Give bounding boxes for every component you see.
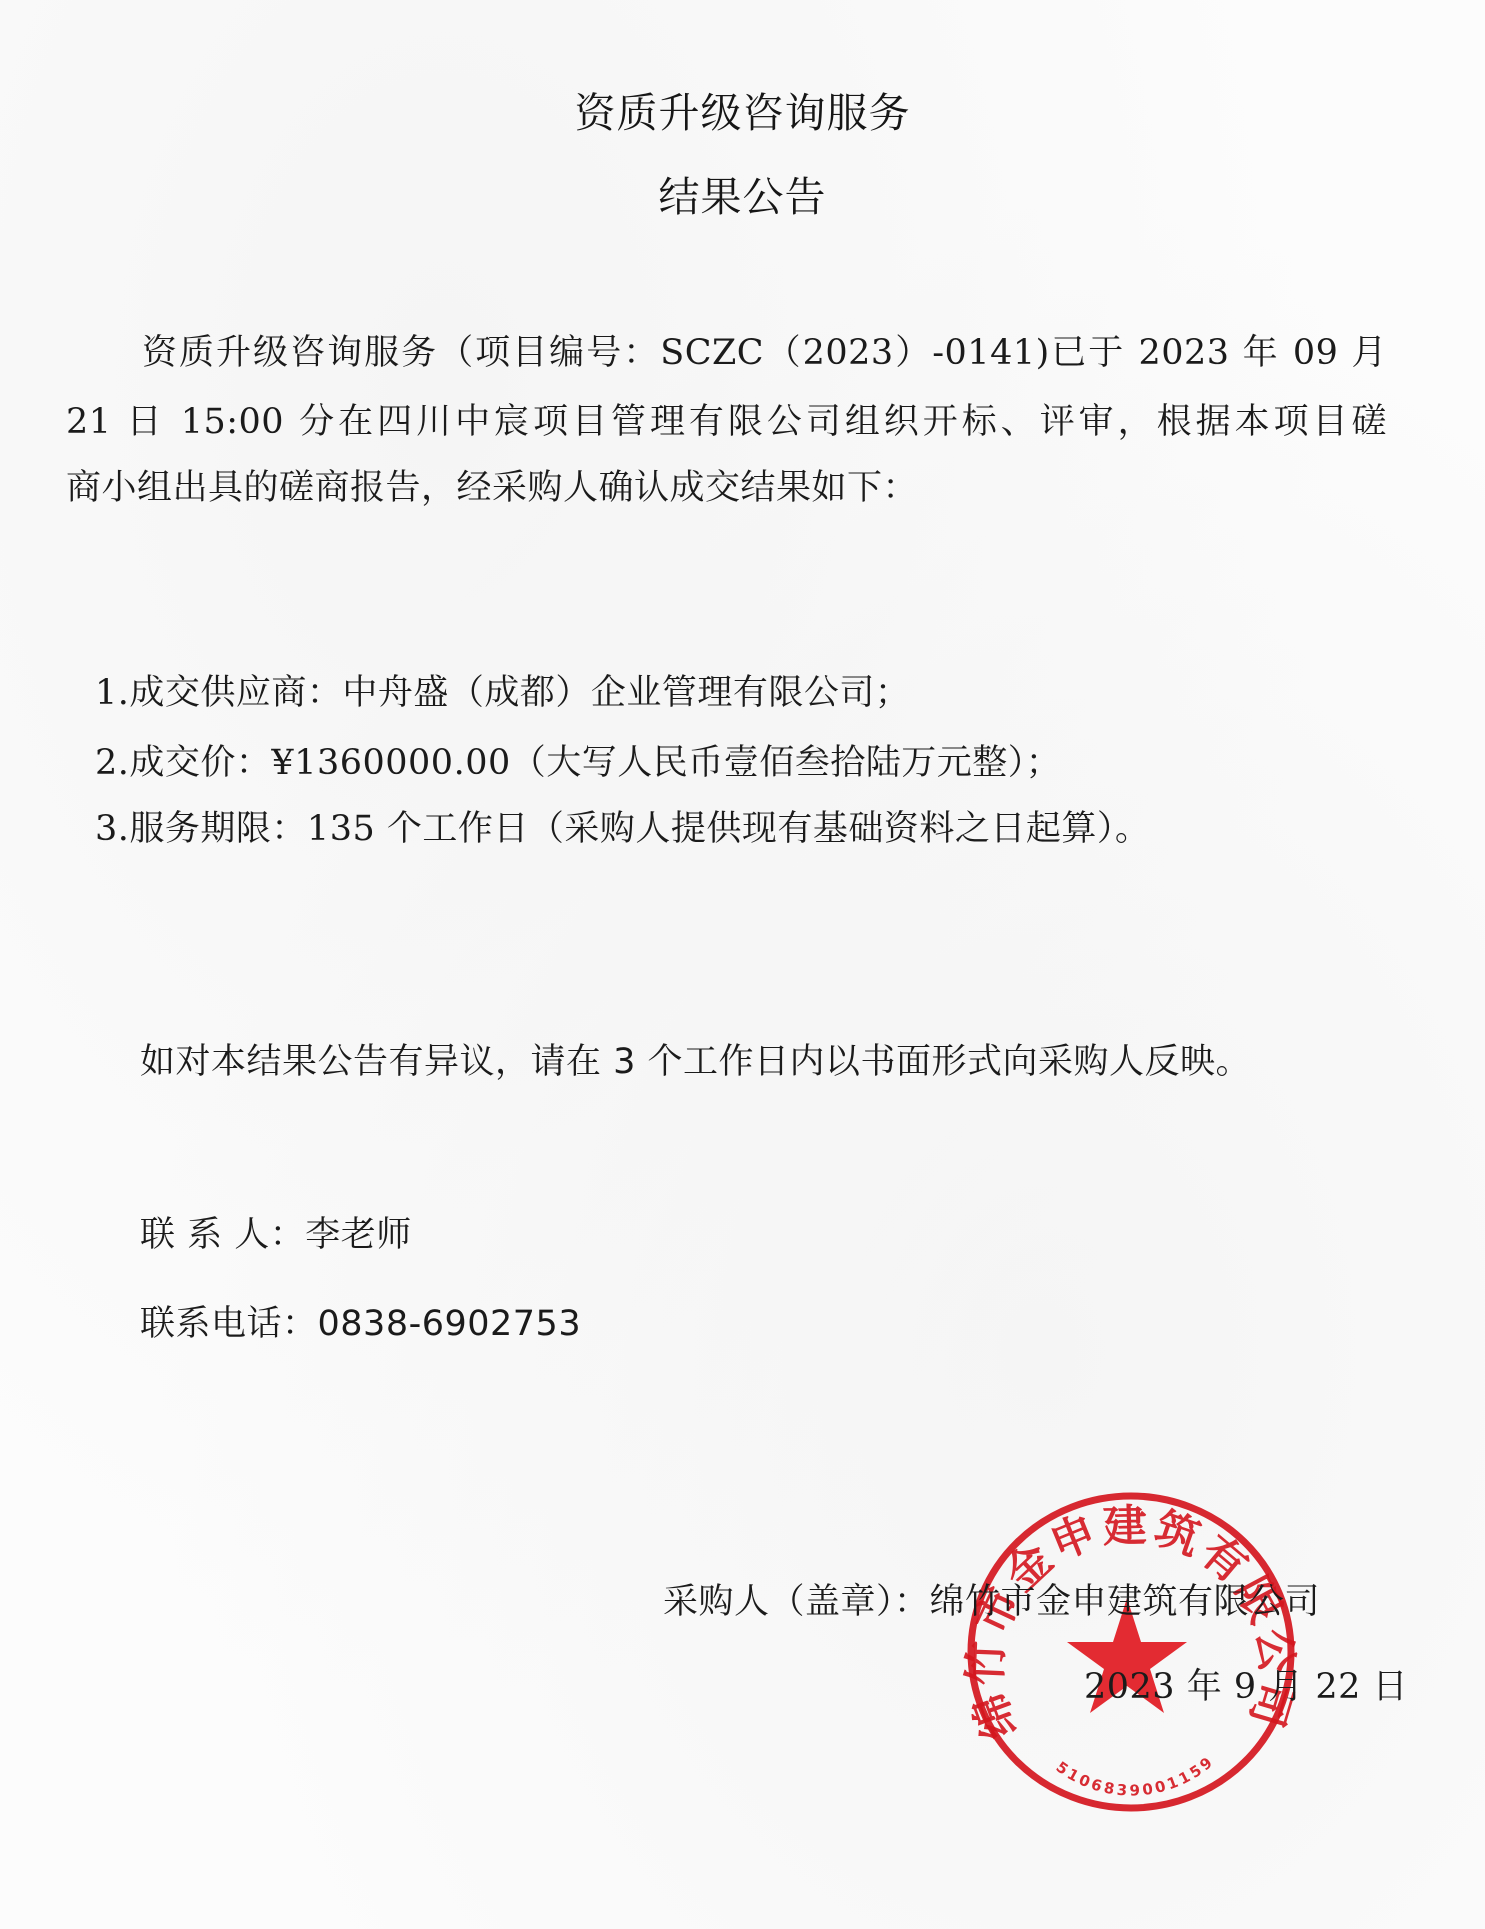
company-seal-stamp: 绵竹市金申建筑有限公司 5106839001159 (965, 1490, 1297, 1814)
result-number: 2. (95, 743, 129, 783)
signature-date: 2023 年 9 月 22 日 (1084, 1670, 1408, 1705)
document-title: 资质升级咨询服务 (0, 93, 1485, 134)
contact-phone-label: 联系电话： (140, 1304, 318, 1344)
intro-line-2: 21 日 15:00 分在四川中宸项目管理有限公司组织开标、评审，根据本项目磋 (66, 405, 1387, 440)
contact-person: 联 系 人：李老师 (140, 1218, 412, 1253)
contact-phone: 联系电话：0838-6902753 (140, 1307, 581, 1342)
purchaser-label: 采购人（盖章）： (663, 1582, 930, 1622)
seal-icon: 绵竹市金申建筑有限公司 5106839001159 (965, 1490, 1297, 1814)
contact-phone-value: 0838-6902753 (318, 1304, 582, 1344)
result-number: 1. (95, 673, 129, 713)
purchaser-name: 绵竹市金申建筑有限公司 (930, 1582, 1321, 1622)
intro-line-1: 资质升级咨询服务（项目编号：SCZC（2023）-0141)已于 2023 年 … (142, 336, 1387, 371)
svg-text:绵竹市金申建筑有限公司: 绵竹市金申建筑有限公司 (960, 1500, 1302, 1745)
result-label: 成交供应商： (129, 673, 342, 713)
result-value: 中舟盛（成都）企业管理有限公司； (342, 673, 910, 713)
purchaser-signature: 采购人（盖章）：绵竹市金申建筑有限公司 (663, 1585, 1320, 1620)
contact-person-value: 李老师 (305, 1215, 412, 1255)
result-label: 服务期限： (129, 809, 307, 849)
result-label: 成交价： (129, 743, 271, 783)
result-value: 135 个工作日（采购人提供现有基础资料之日起算）。 (307, 809, 1150, 849)
result-item-service-period: 3.服务期限：135 个工作日（采购人提供现有基础资料之日起算）。 (95, 812, 1150, 847)
result-value: ¥1360000.00（大写人民币壹佰叁拾陆万元整）； (271, 743, 1061, 783)
document-subtitle: 结果公告 (0, 177, 1485, 218)
svg-text:5106839001159: 5106839001159 (1053, 1752, 1218, 1800)
result-number: 3. (95, 809, 129, 849)
objection-notice: 如对本结果公告有异议，请在 3 个工作日内以书面形式向采购人反映。 (140, 1045, 1251, 1080)
contact-person-label: 联 系 人： (140, 1215, 305, 1255)
result-item-price: 2.成交价：¥1360000.00（大写人民币壹佰叁拾陆万元整）； (95, 746, 1061, 781)
document-page: 资质升级咨询服务 结果公告 资质升级咨询服务（项目编号：SCZC（2023）-0… (0, 0, 1485, 1929)
result-item-supplier: 1.成交供应商：中舟盛（成都）企业管理有限公司； (95, 676, 910, 711)
intro-line-3: 商小组出具的磋商报告，经采购人确认成交结果如下： (66, 471, 918, 506)
